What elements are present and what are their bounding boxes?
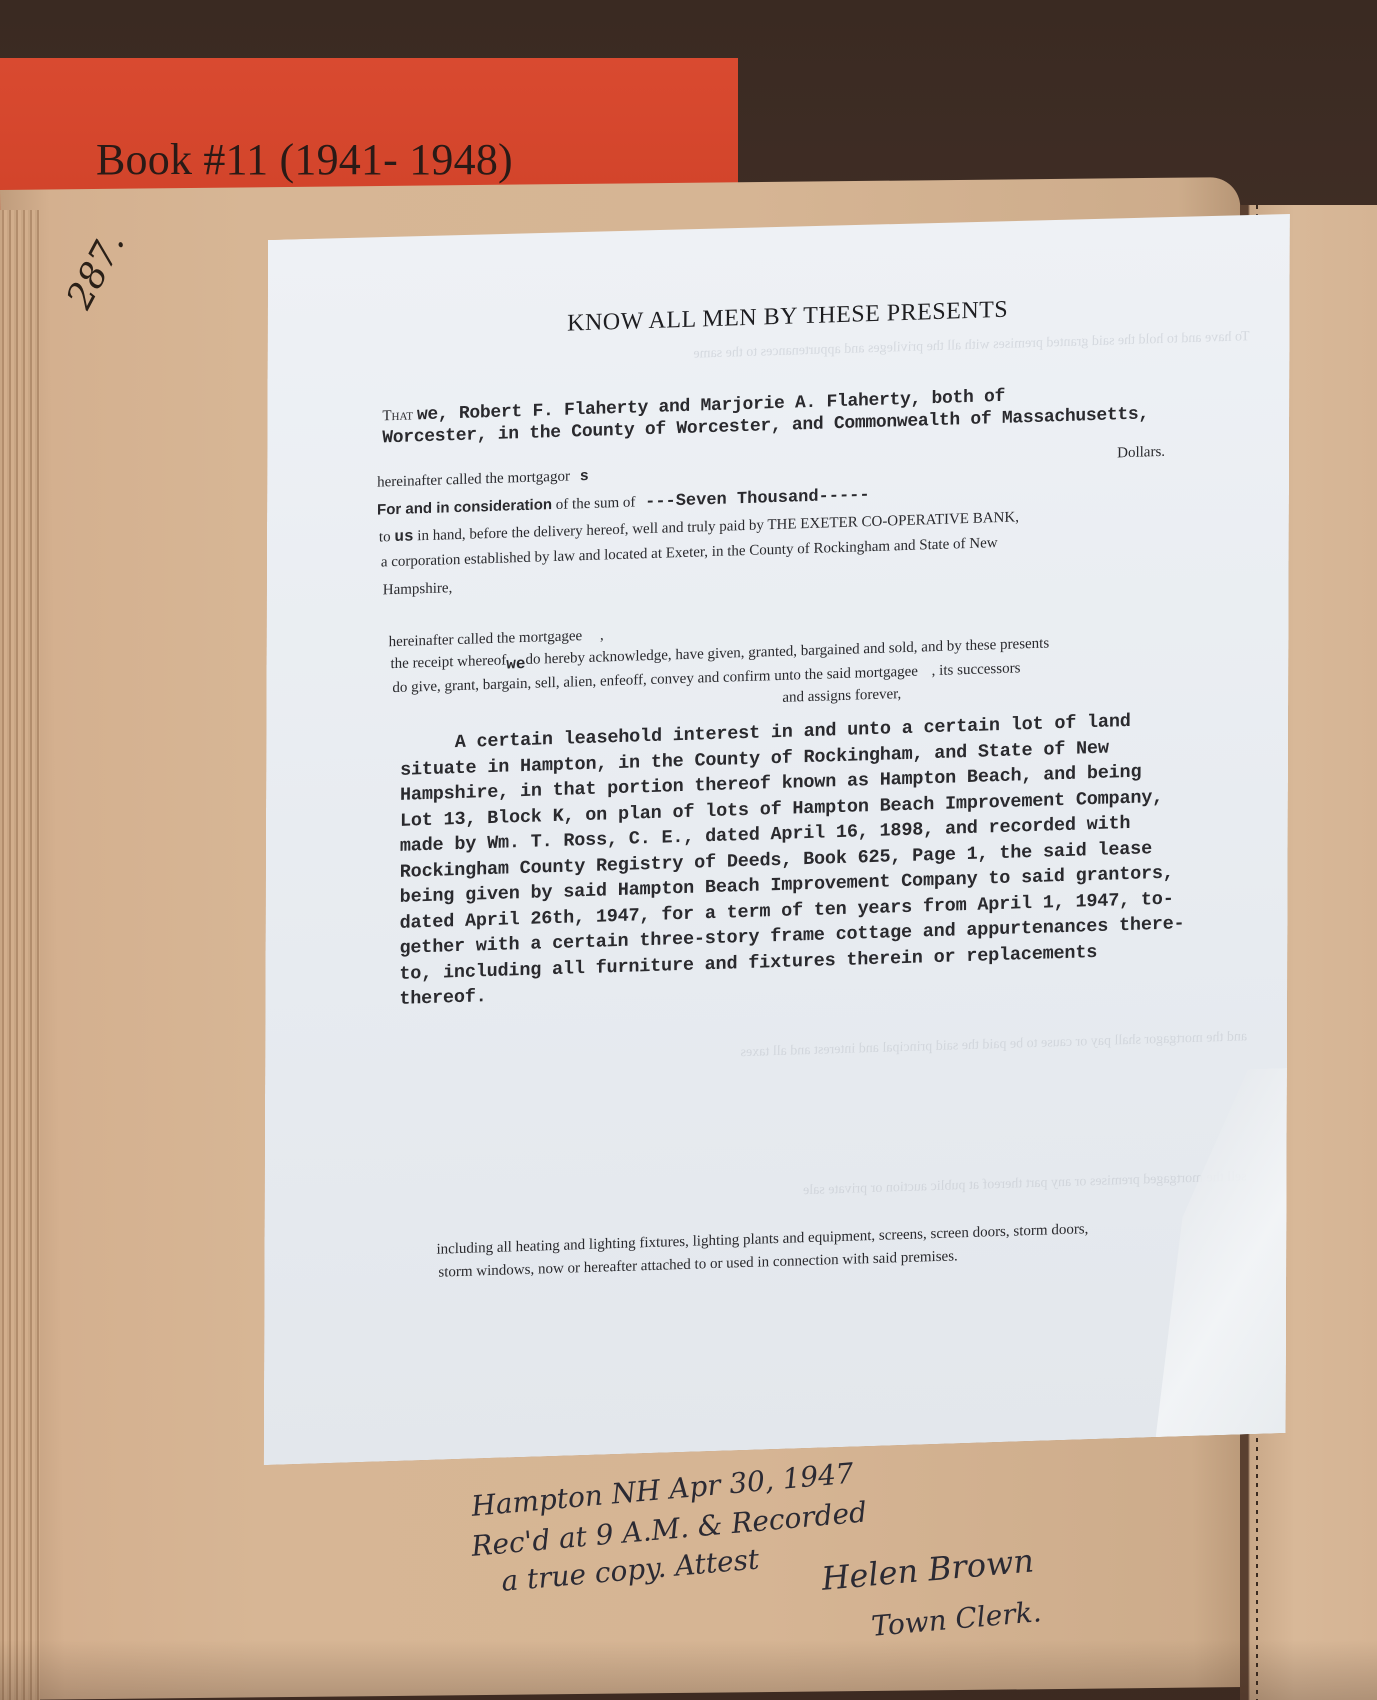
to-value: us [394,527,413,546]
bottom-shadow [0,1640,1377,1700]
document-heading: KNOW ALL MEN BY THESE PRESENTS [488,294,1088,340]
mortgage-deed-sheet: To have and to hold the said granted pre… [264,208,1290,1465]
sum-label: of the sum of [556,494,636,513]
book-page-edges [0,210,40,1700]
lease-description-line: thereof. [399,988,486,1009]
bleed-through-text: and the mortgagor shall pay or cause to … [305,1029,1247,1075]
receipt-we: we [506,655,525,674]
that-label: That [382,407,413,424]
mortgagee-line: hereinafter called the mortgagee , [389,627,604,651]
consideration-label: For and in consideration [377,496,552,519]
mortgagee-label: hereinafter called the mortgagee [389,628,583,650]
mortgagor-label: hereinafter called the mortgagor [377,469,570,491]
bleed-through-text: To have and to hold the said granted pre… [308,329,1250,375]
receipt-label: the receipt whereof [390,653,506,673]
to-label: to [379,529,391,545]
dollars-label: Dollars. [1117,444,1165,463]
successors-label: , its successors [932,660,1021,679]
mortgagor-suffix: s [580,468,589,485]
sum-value: ---Seven Thousand----- [645,486,870,512]
mortgagor-line: hereinafter called the mortgagor s [377,468,589,492]
folded-corner [1156,1068,1287,1437]
mortgagee-comma: , [600,627,604,643]
state-line: Hampshire, [383,580,453,599]
bleed-through-text: sell the mortgaged premises or any part … [305,1169,1247,1215]
binder-title: Book #11 (1941- 1948) [96,134,513,185]
assigns-line: and assigns forever, [782,686,901,707]
fixtures-line-1: including all heating and lighting fixtu… [436,1221,1088,1258]
